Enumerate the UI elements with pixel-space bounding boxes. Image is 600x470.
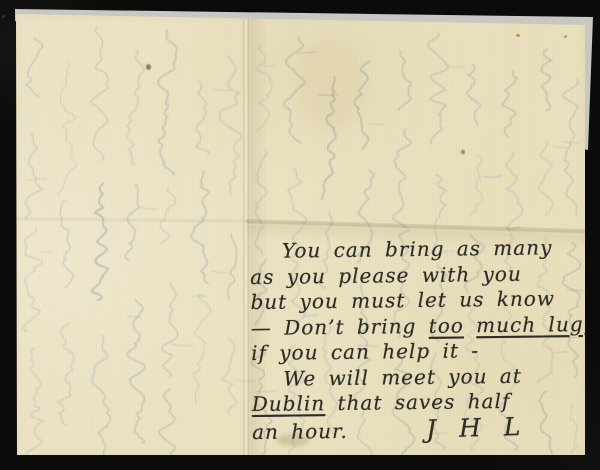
letter-text: We will meet you at: [283, 363, 522, 390]
letter-line-1: You can bring as many: [250, 235, 586, 265]
letter-text: if you can help it -: [251, 338, 479, 365]
signature-initials: J H L: [425, 413, 525, 441]
letter-paper: You can bring as manyas you please with …: [0, 0, 600, 470]
underlined-word: too: [429, 313, 464, 337]
letter-line-4: — Don’t bring too much luggage: [251, 311, 587, 341]
letter-text-block: You can bring as manyas you please with …: [250, 235, 588, 445]
letter-text: as you please with you: [250, 261, 522, 288]
letter-text: [464, 313, 477, 337]
letter-text: You can bring as many: [282, 235, 553, 262]
dust-speck: [2, 15, 5, 18]
letter-text: — Don’t bring: [251, 313, 429, 339]
underlined-word: Dublin: [252, 391, 326, 416]
letter-text: that saves half: [325, 389, 510, 415]
letter-line-8: an hour.J H L: [252, 413, 588, 445]
underlined-word: much luggage: [476, 311, 600, 337]
letter-text: an hour.: [252, 418, 348, 443]
photo-of-letter: You can bring as manyas you please with …: [0, 0, 600, 470]
letter-text: but you must let us know: [250, 286, 555, 314]
